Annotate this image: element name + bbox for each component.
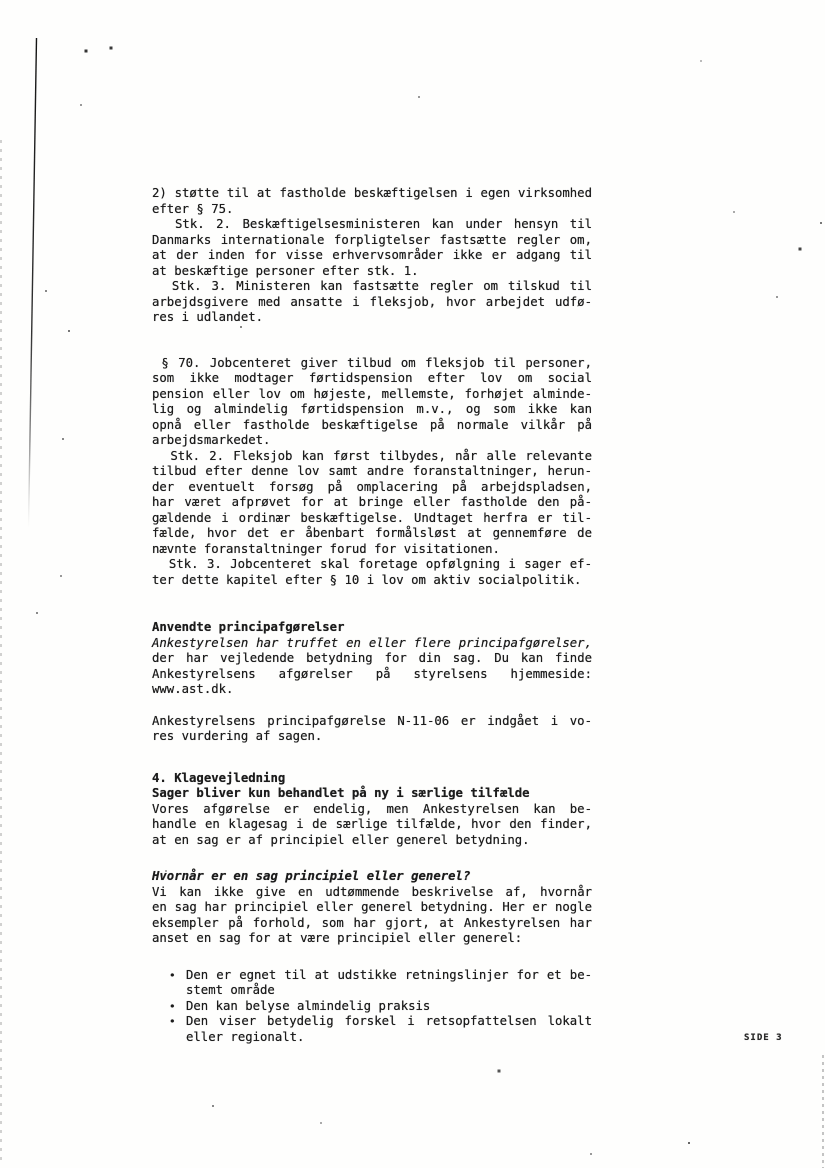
text-line: at beskæftige personer efter stk. 1. (152, 264, 592, 280)
list-item-text: Den er egnet til at udstikke retningslin… (186, 968, 592, 999)
scanned-page: 2) støtte til at fastholde beskæftigelse… (0, 0, 825, 1168)
text-line: pension eller lov om højeste, mellemste,… (152, 387, 592, 403)
text-line: tilbud efter denne lov samt andre forans… (152, 464, 592, 480)
text-line: at der inden for visse erhvervsområder i… (152, 248, 592, 264)
text-line: der har vejledende betydning for din sag… (152, 651, 592, 667)
text-line: www.ast.dk. (152, 682, 592, 698)
text-line: Den er egnet til at udstikke retningslin… (186, 968, 592, 984)
list-item: •Den viser betydelig forskel i retsopfat… (152, 1014, 592, 1045)
scan-specks (0, 0, 2, 2)
text-line: Den viser betydelig forskel i retsopfatt… (186, 1014, 592, 1030)
text-line: Ankestyrelsens principafgørelse N-11-06 … (152, 714, 592, 730)
text-line: Vores afgørelse er endelig, men Ankestyr… (152, 802, 592, 818)
text-line: har været afprøvet for at bringe eller f… (152, 495, 592, 511)
text-line: Stk. 3. Jobcenteret skal foretage opfølg… (152, 557, 592, 573)
text-line: en sag har principiel eller generel bety… (152, 900, 592, 916)
heading-klagevejledning: 4. Klagevejledning (152, 771, 592, 787)
text-line: Stk. 2. Beskæftigelsesministeren kan und… (152, 217, 592, 233)
para-ankestyrelsen-truffet: Ankestyrelsen har truffet en eller flere… (152, 636, 592, 698)
text-line: opnå eller fastholde beskæftigelse på no… (152, 418, 592, 434)
text-line: Stk. 2. Fleksjob kan først tilbydes, når… (152, 449, 592, 465)
document-text-column: 2) støtte til at fastholde beskæftigelse… (152, 186, 592, 1045)
heading-anvendte: Anvendte principafgørelser (152, 620, 592, 636)
heading-sager-behandlet: Sager bliver kun behandlet på ny i særli… (152, 786, 592, 802)
bullet-icon: • (152, 968, 186, 999)
text-line: res vurdering af sagen. (152, 729, 592, 745)
list-item-text: Den kan belyse almindelig praksis (186, 999, 592, 1015)
bullet-icon: • (152, 999, 186, 1015)
para-section-70: § 70. Jobcenteret giver tilbud om fleksj… (152, 356, 592, 589)
text-line: § 70. Jobcenteret giver tilbud om fleksj… (152, 356, 592, 372)
list-item: •Den er egnet til at udstikke retningsli… (152, 968, 592, 999)
text-line: stemt område (186, 983, 592, 999)
text-line: eksempler på forhold, som har gjort, at … (152, 916, 592, 932)
text-line: som ikke modtager førtidspension efter l… (152, 371, 592, 387)
text-line: lig og almindelig førtidspension m.v., o… (152, 402, 592, 418)
text-line: Ankestyrelsens afgørelser på styrelsens … (152, 667, 592, 683)
page-number-label: SIDE 3 (744, 1033, 783, 1043)
text-line: handle en klagesag i de særlige tilfælde… (152, 817, 592, 833)
text-line: efter § 75. (152, 202, 592, 218)
para-vi-kan-ikke: Vi kan ikke give en udtømmende beskrivel… (152, 885, 592, 947)
text-line: der eventuelt forsøg på omplacering på a… (152, 480, 592, 496)
text-line: anset en sag for at være principiel elle… (152, 931, 592, 947)
left-edge-scan-artifact (0, 140, 2, 1160)
text-line: fælde, hvor det er åbenbart formålsløst … (152, 526, 592, 542)
text-line: eller regionalt. (186, 1030, 592, 1046)
text-line: gældende i ordinær beskæftigelse. Undtag… (152, 511, 592, 527)
text-line: Ankestyrelsen har truffet en eller flere… (152, 636, 592, 652)
para-principafgorelse-n1106: Ankestyrelsens principafgørelse N-11-06 … (152, 714, 592, 745)
para-vores-afgorelse: Vores afgørelse er endelig, men Ankestyr… (152, 802, 592, 849)
list-item-text: Den viser betydelig forskel i retsopfatt… (186, 1014, 592, 1045)
text-line: Vi kan ikke give en udtømmende beskrivel… (152, 885, 592, 901)
bullet-icon: • (152, 1014, 186, 1045)
text-line: ter dette kapitel efter § 10 i lov om ak… (152, 573, 592, 589)
heading-hvornar: Hvornår er en sag principiel eller gener… (152, 869, 592, 885)
right-edge-scan-artifact (822, 1055, 824, 1168)
text-line: arbejdsmarkedet. (152, 433, 592, 449)
text-line: Stk. 3. Ministeren kan fastsætte regler … (152, 279, 592, 295)
text-line: 2) støtte til at fastholde beskæftigelse… (152, 186, 592, 202)
list-item: •Den kan belyse almindelig praksis (152, 999, 592, 1015)
text-line: arbejdsgivere med ansatte i fleksjob, hv… (152, 295, 592, 311)
text-line: Den kan belyse almindelig praksis (186, 999, 592, 1015)
text-line: res i udlandet. (152, 310, 592, 326)
bullets-eksempler: •Den er egnet til at udstikke retningsli… (152, 968, 592, 1046)
text-line: at en sag er af principiel eller generel… (152, 833, 592, 849)
text-line: nævnte foranstaltninger forud for visita… (152, 542, 592, 558)
text-line: Danmarks internationale forpligtelser fa… (152, 233, 592, 249)
para-stotte-75: 2) støtte til at fastholde beskæftigelse… (152, 186, 592, 326)
